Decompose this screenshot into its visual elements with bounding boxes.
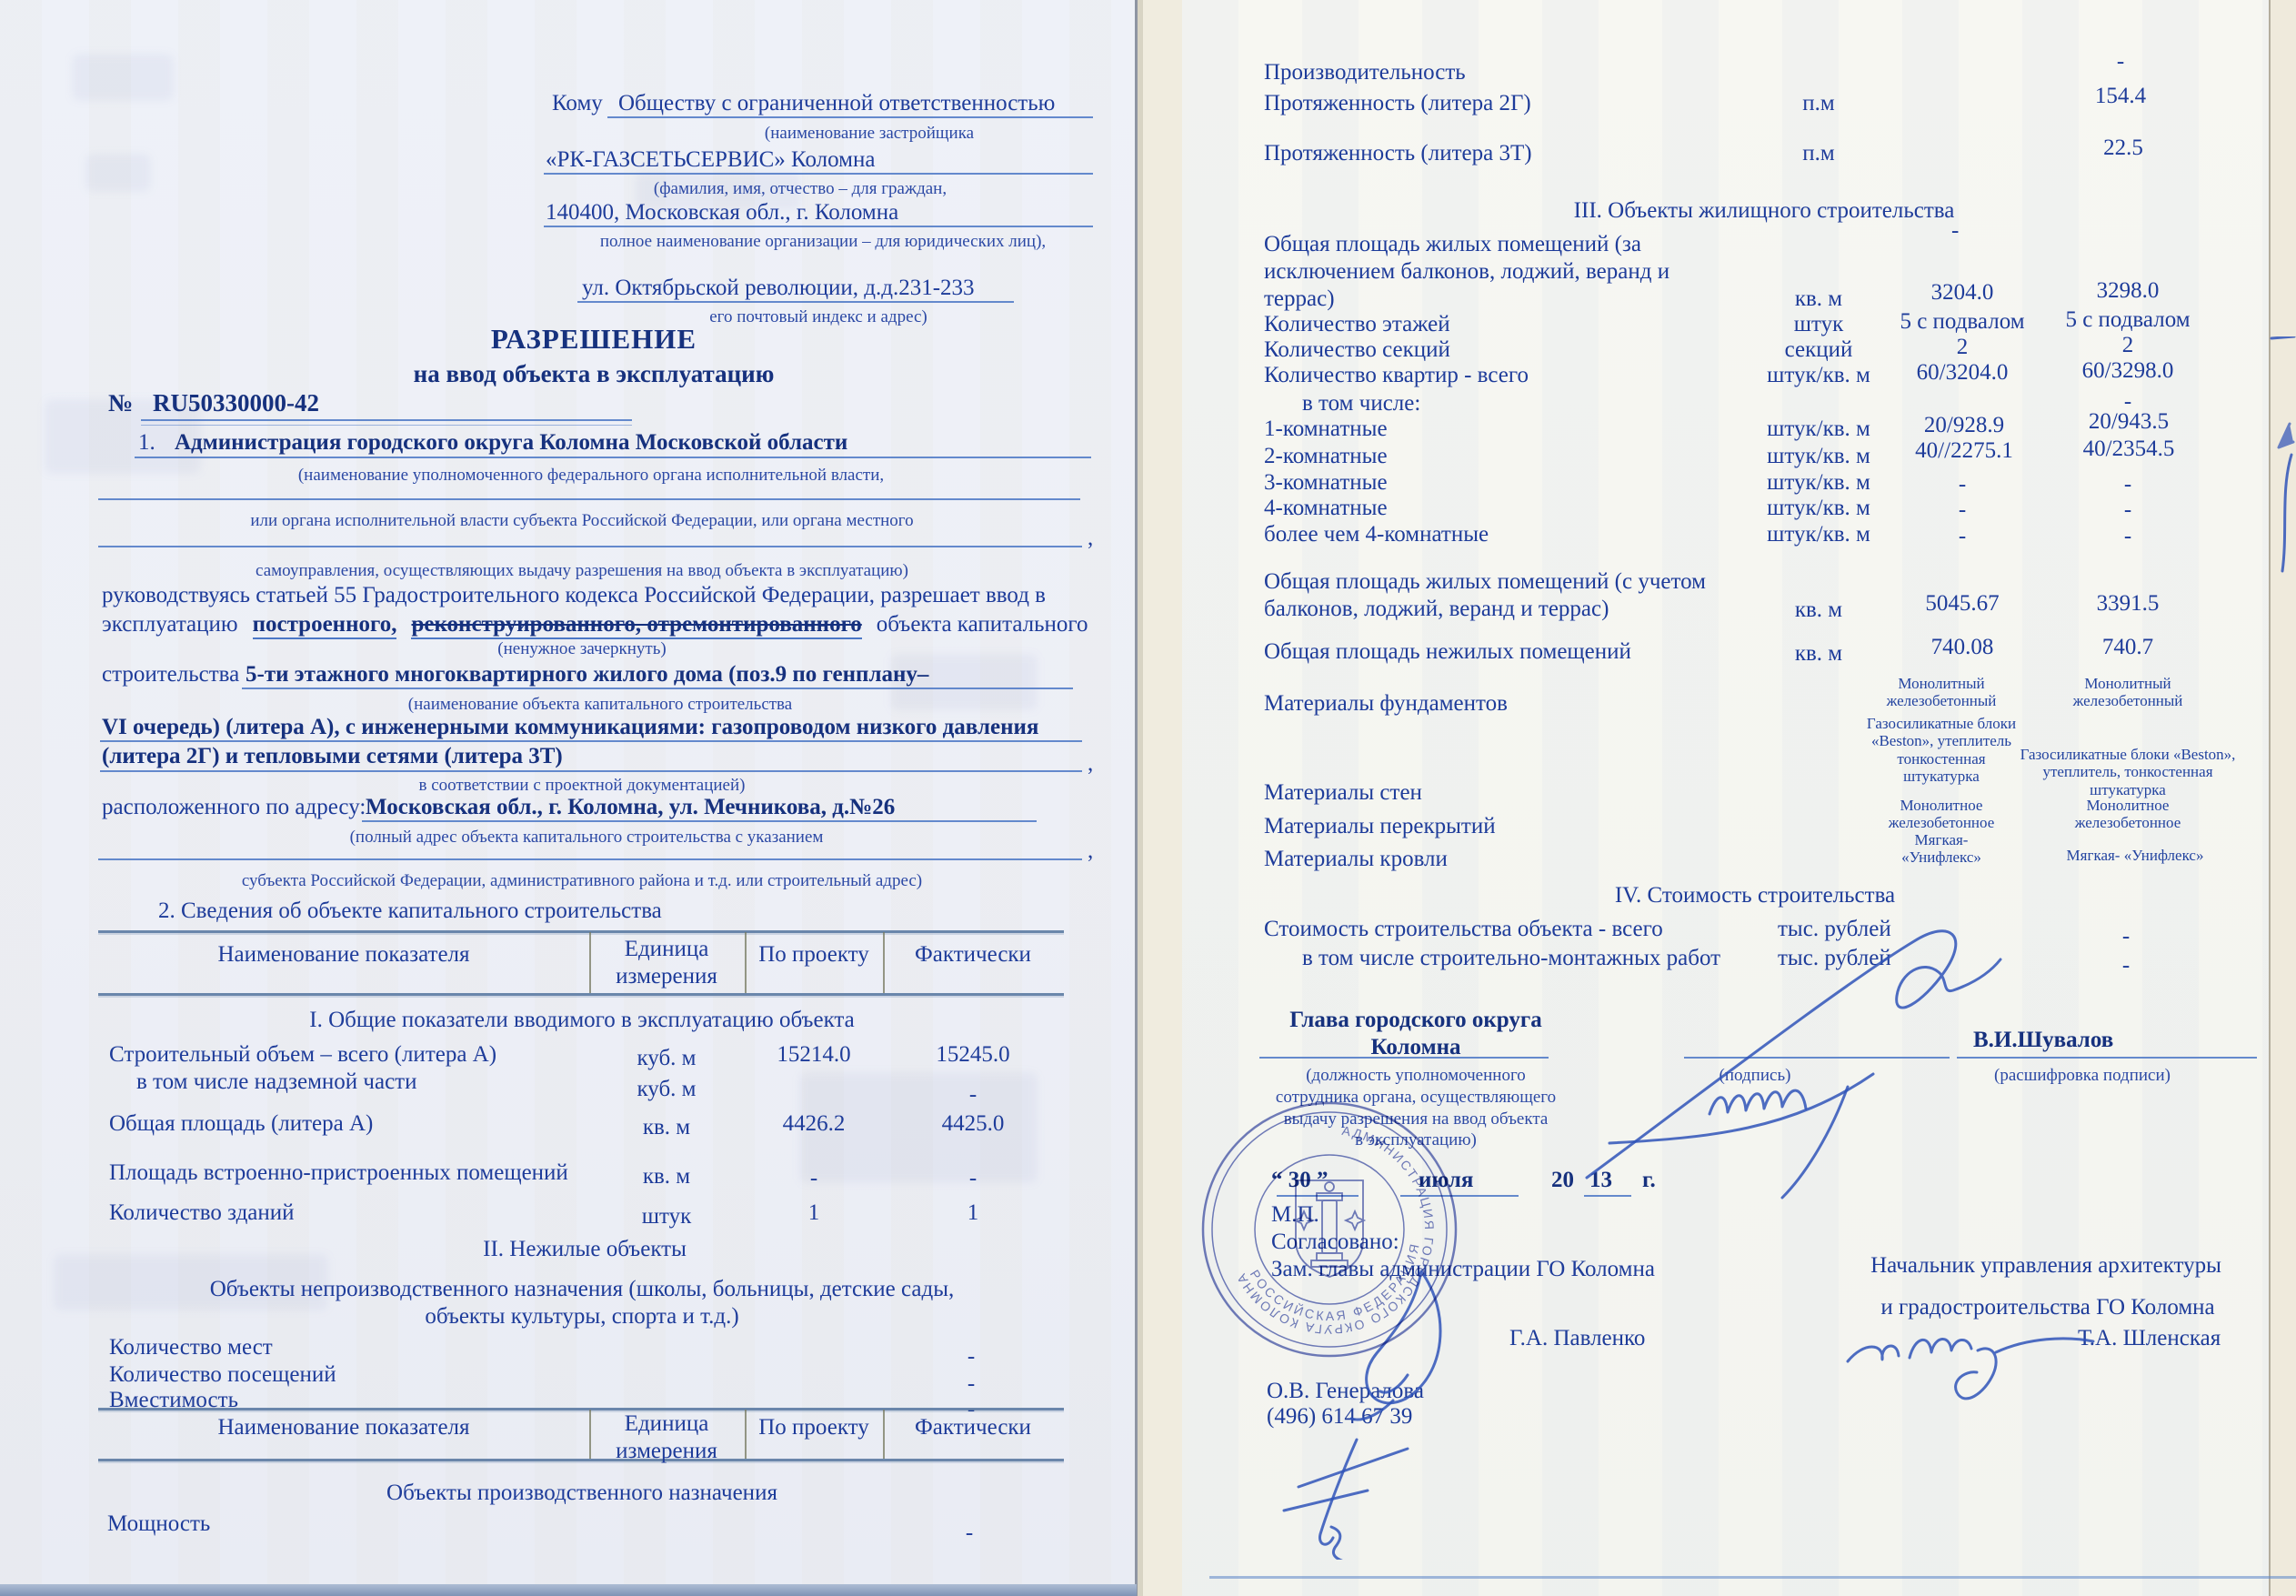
row-label: 3-комнатные bbox=[1264, 470, 1388, 496]
material-project: Газосиликатные блоки «Beston», утеплител… bbox=[1858, 715, 2026, 786]
item-number: 1. bbox=[138, 430, 155, 456]
form-line bbox=[100, 740, 1082, 742]
row-actual: 40/2354.5 bbox=[2083, 437, 2175, 462]
document-subtitle: на ввод объекта в эксплуатацию bbox=[414, 360, 775, 387]
row-label-line1: Общая площадь жилых помещений (с учетом bbox=[1264, 569, 1706, 595]
column-header-name: Наименование показателя bbox=[217, 942, 469, 968]
approver-right-post-line1: Начальник управления архитектуры bbox=[1870, 1253, 2221, 1279]
construction-label: строительства bbox=[102, 662, 239, 688]
row-project: 5 с подвалом bbox=[1900, 309, 2024, 335]
row-project: - bbox=[1959, 524, 1966, 549]
body-paragraph-line1: руководствуясь статьей 55 Градостроитель… bbox=[102, 583, 1046, 608]
row-label: Площадь встроенно-пристроенных помещений bbox=[109, 1160, 568, 1186]
row-label: 2-комнатные bbox=[1264, 444, 1388, 469]
stray-dash: - bbox=[1951, 218, 1959, 244]
scan-bottom-edge bbox=[0, 1584, 1137, 1596]
row-actual: - bbox=[968, 1344, 975, 1370]
form-hint: (должность уполномоченного bbox=[1306, 1066, 1526, 1085]
row-label: Протяженность (литера 2Г) bbox=[1264, 91, 1531, 116]
section-ii-title: II. Нежилые объекты bbox=[483, 1237, 687, 1262]
comma: , bbox=[1088, 751, 1093, 777]
row-unit: штук/кв. м bbox=[1767, 496, 1870, 521]
row-label: Общая площадь (литера А) bbox=[109, 1111, 373, 1137]
stamp-coat-of-arms-pillar bbox=[1295, 1180, 1364, 1277]
row-label-line2: исключением балконов, лоджий, веранд и bbox=[1264, 259, 1669, 285]
row-actual: 3298.0 bbox=[2097, 278, 2160, 304]
row-unit: штук/кв. м bbox=[1767, 444, 1870, 469]
table-rule-bottom bbox=[98, 993, 1064, 996]
row-project: 40//2275.1 bbox=[1915, 438, 2013, 464]
row-unit: секций bbox=[1785, 337, 1853, 363]
row-unit: кв. м bbox=[1795, 597, 1842, 623]
row-actual: 60/3298.0 bbox=[2082, 358, 2174, 384]
document-title: РАЗРЕШЕНИЕ bbox=[491, 324, 697, 356]
column-header-project: По проекту bbox=[758, 1415, 869, 1440]
comma: , bbox=[1088, 838, 1093, 864]
row-unit: кв. м bbox=[643, 1164, 690, 1189]
section-iii-title: III. Объекты жилищного строительства bbox=[1574, 198, 1955, 224]
row-project: 2 bbox=[1957, 335, 1969, 360]
row-unit: кв. м bbox=[1795, 286, 1842, 312]
located-label: расположенного по адресу: bbox=[102, 795, 366, 820]
row-unit: куб. м bbox=[637, 1077, 696, 1102]
row-unit: штук/кв. м bbox=[1767, 522, 1870, 547]
row-label: Мощность bbox=[107, 1511, 210, 1537]
form-hint: (ненужное зачеркнуть) bbox=[497, 639, 666, 658]
row-unit: п.м bbox=[1802, 141, 1834, 166]
kept-option-built: построенного, bbox=[253, 612, 397, 639]
column-header-unit2: измерения bbox=[616, 1439, 717, 1464]
row-label: Количество этажей bbox=[1264, 312, 1450, 337]
row-label: 4-комнатные bbox=[1264, 496, 1388, 521]
scan-right-edge bbox=[2269, 0, 2296, 1596]
row-label: более чем 4-комнатные bbox=[1264, 522, 1489, 547]
column-header-name: Наименование показателя bbox=[217, 1415, 469, 1440]
addressee-line-2: «РК-ГАЗСЕТЬСЕРВИС» Коломна bbox=[546, 147, 875, 173]
table-rule-top bbox=[98, 1408, 1064, 1410]
row-project: 15214.0 bbox=[777, 1042, 850, 1068]
row-label: Количество секций bbox=[1264, 337, 1450, 363]
object-name-line2: VI очередь) (литера А), с инженерными ко… bbox=[102, 715, 1038, 740]
official-round-stamp: АДМИНИСТРАЦИЯ ГОРОДСКОГО ОКРУГА КОЛОМНА … bbox=[1193, 1093, 1466, 1366]
row-project: - bbox=[810, 1166, 817, 1191]
row-label: Протяженность (литера 3Т) bbox=[1264, 141, 1532, 166]
signature-shlenskaya bbox=[1837, 1305, 2100, 1423]
body-paragraph-line2: эксплуатациюпостроенного,реконструирован… bbox=[102, 612, 1088, 637]
production-subtitle: Объекты производственного назначения bbox=[386, 1481, 777, 1506]
row-actual: 3391.5 bbox=[2097, 591, 2160, 617]
row-unit: штук/кв. м bbox=[1767, 417, 1870, 442]
form-hint: его почтовый индекс и адрес) bbox=[709, 307, 927, 326]
row-actual: 4425.0 bbox=[942, 1111, 1005, 1137]
row-value: 22.5 bbox=[2103, 136, 2143, 161]
table-column-rule bbox=[589, 932, 591, 993]
column-header-actual: Фактически bbox=[915, 942, 1031, 968]
form-hint: (полный адрес объекта капитального строи… bbox=[350, 828, 824, 847]
addressee-label: Кому bbox=[552, 91, 603, 116]
number-label: № bbox=[108, 389, 133, 417]
row-label: Строительный объем – всего (литера А) bbox=[109, 1042, 496, 1068]
nonproduction-subtitle-1: Объекты непроизводственного назначения (… bbox=[210, 1277, 955, 1302]
form-hint: (расшифровка подписи) bbox=[1994, 1066, 2171, 1085]
table-rule-top bbox=[98, 930, 1064, 933]
form-line bbox=[362, 820, 1037, 822]
form-line bbox=[98, 858, 1082, 860]
object-name-line3: (литера 2Г) и тепловыми сетями (литера 3… bbox=[102, 744, 563, 769]
signature-shuvalov bbox=[1573, 905, 2010, 1205]
row-label: Общая площадь нежилых помещений bbox=[1264, 639, 1631, 665]
row-value: - bbox=[2122, 953, 2130, 979]
row-project: - bbox=[1959, 497, 1966, 523]
form-hint: субъекта Российской Федерации, администр… bbox=[242, 871, 922, 890]
form-line bbox=[141, 419, 632, 421]
form-line bbox=[544, 173, 1093, 175]
material-actual: Газосиликатные блоки «Beston», утеплител… bbox=[2005, 746, 2251, 798]
row-actual: 15245.0 bbox=[936, 1042, 1009, 1068]
addressee-line-4: ул. Октябрьской революции, д.д.231-233 bbox=[582, 276, 975, 301]
row-project: 20/928.9 bbox=[1924, 413, 2004, 438]
material-project: Монолитное железобетонное bbox=[1860, 797, 2023, 832]
struck-options: реконструированного, отремонтированного bbox=[411, 612, 861, 639]
row-actual: - bbox=[969, 1082, 977, 1108]
table-column-rule bbox=[745, 1410, 747, 1459]
table-column-rule bbox=[745, 932, 747, 993]
row-label: Количество зданий bbox=[109, 1200, 295, 1226]
material-actual: Монолитное железобетонное bbox=[2046, 797, 2210, 832]
approver-left-name: Г.А. Павленко bbox=[1509, 1326, 1645, 1351]
addressee-line-3: 140400, Московская обл., г. Коломна bbox=[546, 200, 898, 226]
row-unit: куб. м bbox=[637, 1046, 696, 1071]
row-actual: 20/943.5 bbox=[2089, 409, 2169, 435]
row-project: 5045.67 bbox=[1925, 591, 1999, 617]
row-value: - bbox=[2122, 924, 2130, 949]
row-label: Количество посещений bbox=[109, 1362, 336, 1388]
row-project: 3204.0 bbox=[1931, 280, 1994, 306]
located-address: Московская обл., г. Коломна, ул. Мечнико… bbox=[366, 795, 895, 820]
row-label-line1: Общая площадь жилых помещений (за bbox=[1264, 232, 1641, 257]
form-line bbox=[242, 688, 1073, 689]
object-name-line1: 5-ти этажного многоквартирного жилого до… bbox=[246, 662, 928, 688]
column-header-actual: Фактически bbox=[915, 1415, 1031, 1440]
form-hint: (наименование объекта капитального строи… bbox=[408, 695, 792, 714]
form-hint: (фамилия, имя, отчество – для граждан, bbox=[654, 179, 947, 198]
column-header-unit: Единица bbox=[625, 937, 709, 962]
table-column-rule bbox=[883, 1410, 885, 1459]
row-unit: кв. м bbox=[643, 1115, 690, 1140]
row-label: Материалы стен bbox=[1264, 780, 1422, 806]
nonproduction-subtitle-2: объекты культуры, спорта и т.д.) bbox=[425, 1304, 738, 1330]
number-value: RU50330000-42 bbox=[153, 389, 319, 417]
row-project: 740.08 bbox=[1931, 635, 1994, 660]
authority-name: Администрация городского округа Коломна … bbox=[175, 430, 847, 456]
row-project: 4426.2 bbox=[783, 1111, 846, 1137]
row-unit: штук bbox=[642, 1204, 692, 1230]
row-label: в том числе: bbox=[1302, 391, 1420, 417]
table-rule-bottom bbox=[98, 1459, 1064, 1461]
material-project: Монолитный железобетонный bbox=[1841, 675, 2041, 710]
form-line bbox=[577, 301, 1014, 303]
row-unit: кв. м bbox=[1795, 641, 1842, 667]
comma: , bbox=[1088, 526, 1093, 551]
row-actual: - bbox=[968, 1371, 975, 1397]
row-project: 60/3204.0 bbox=[1917, 360, 2009, 386]
row-label: Материалы перекрытий bbox=[1264, 814, 1496, 839]
row-actual: 5 с подвалом bbox=[2065, 307, 2190, 333]
row-unit: штук/кв. м bbox=[1767, 363, 1870, 388]
edge-ink-marks bbox=[2270, 336, 2296, 591]
row-label-line2: балконов, лоджий, веранд и террас) bbox=[1264, 597, 1609, 622]
table-column-rule bbox=[883, 932, 885, 993]
row-value: - bbox=[2117, 49, 2124, 75]
material-actual: Монолитный железобетонный bbox=[2028, 675, 2228, 710]
row-actual: 1 bbox=[968, 1200, 979, 1226]
row-actual: - bbox=[2124, 472, 2131, 497]
column-header-project: По проекту bbox=[758, 942, 869, 968]
form-hint: в соответствии с проектной документацией… bbox=[419, 776, 746, 795]
form-line bbox=[98, 498, 1080, 500]
handwritten-mark bbox=[1273, 1432, 1428, 1560]
form-hint: или органа исполнительной власти субъект… bbox=[250, 511, 913, 530]
form-hint: полное наименование организации – для юр… bbox=[600, 232, 1046, 251]
row-actual: 740.7 bbox=[2102, 635, 2153, 660]
row-actual: - bbox=[2124, 497, 2131, 523]
page-fold-divider bbox=[1135, 0, 1182, 1596]
row-label: Количество мест bbox=[109, 1335, 273, 1360]
row-label-line3: террас) bbox=[1264, 286, 1335, 312]
material-project: Мягкая- «Унифлекс» bbox=[1887, 831, 1996, 867]
section-i-title: I. Общие показатели вводимого в эксплуат… bbox=[309, 1008, 854, 1033]
row-unit: п.м bbox=[1802, 91, 1834, 116]
row-label: 1-комнатные bbox=[1264, 417, 1388, 442]
form-hint: (наименование уполномоченного федерально… bbox=[298, 466, 884, 485]
form-hint: (наименование застройщика bbox=[765, 124, 974, 143]
row-label: Материалы кровли bbox=[1264, 847, 1448, 872]
form-line bbox=[607, 116, 1093, 118]
signature-line bbox=[1259, 1057, 1549, 1059]
row-actual: - bbox=[2124, 524, 2131, 549]
date-year-prefix: 20 bbox=[1551, 1168, 1574, 1193]
row-actual: - bbox=[966, 1521, 973, 1546]
row-label: в том числе надземной части bbox=[136, 1069, 416, 1095]
form-hint: самоуправления, осуществляющих выдачу ра… bbox=[256, 561, 908, 580]
paragraph-fragment: эксплуатацию bbox=[102, 612, 238, 637]
signer-post-line1: Глава городского округа bbox=[1289, 1008, 1541, 1033]
form-line bbox=[98, 546, 1082, 547]
row-project: - bbox=[1959, 472, 1966, 497]
paragraph-fragment: объекта капитального bbox=[877, 612, 1088, 637]
bleedthrough-ghost bbox=[73, 55, 173, 100]
section-2-title: 2. Сведения об объекте капитального стро… bbox=[158, 898, 662, 924]
row-unit: штук bbox=[1794, 312, 1844, 337]
row-project: 1 bbox=[808, 1200, 820, 1226]
form-line bbox=[100, 770, 1082, 772]
table-column-rule bbox=[589, 1410, 591, 1459]
row-label: Материалы фундаментов bbox=[1264, 691, 1508, 717]
addressee-line-1: Обществу с ограниченной ответственностью bbox=[618, 91, 1055, 116]
row-value: 154.4 bbox=[2095, 84, 2146, 109]
row-label: Количество квартир - всего bbox=[1264, 363, 1529, 388]
material-actual: Мягкая- «Унифлекс» bbox=[2008, 847, 2262, 864]
row-actual: - bbox=[969, 1166, 977, 1191]
form-line bbox=[544, 226, 1093, 227]
form-line bbox=[141, 425, 632, 426]
bleedthrough-ghost bbox=[86, 155, 150, 191]
form-line bbox=[135, 457, 1091, 458]
row-unit: штук/кв. м bbox=[1767, 470, 1870, 496]
column-header-unit2: измерения bbox=[616, 964, 717, 989]
column-header-unit: Единица bbox=[625, 1411, 709, 1437]
row-label: Производительность bbox=[1264, 60, 1466, 85]
scan-bottom-line bbox=[1209, 1576, 2296, 1579]
row-actual: 2 bbox=[2122, 333, 2134, 358]
